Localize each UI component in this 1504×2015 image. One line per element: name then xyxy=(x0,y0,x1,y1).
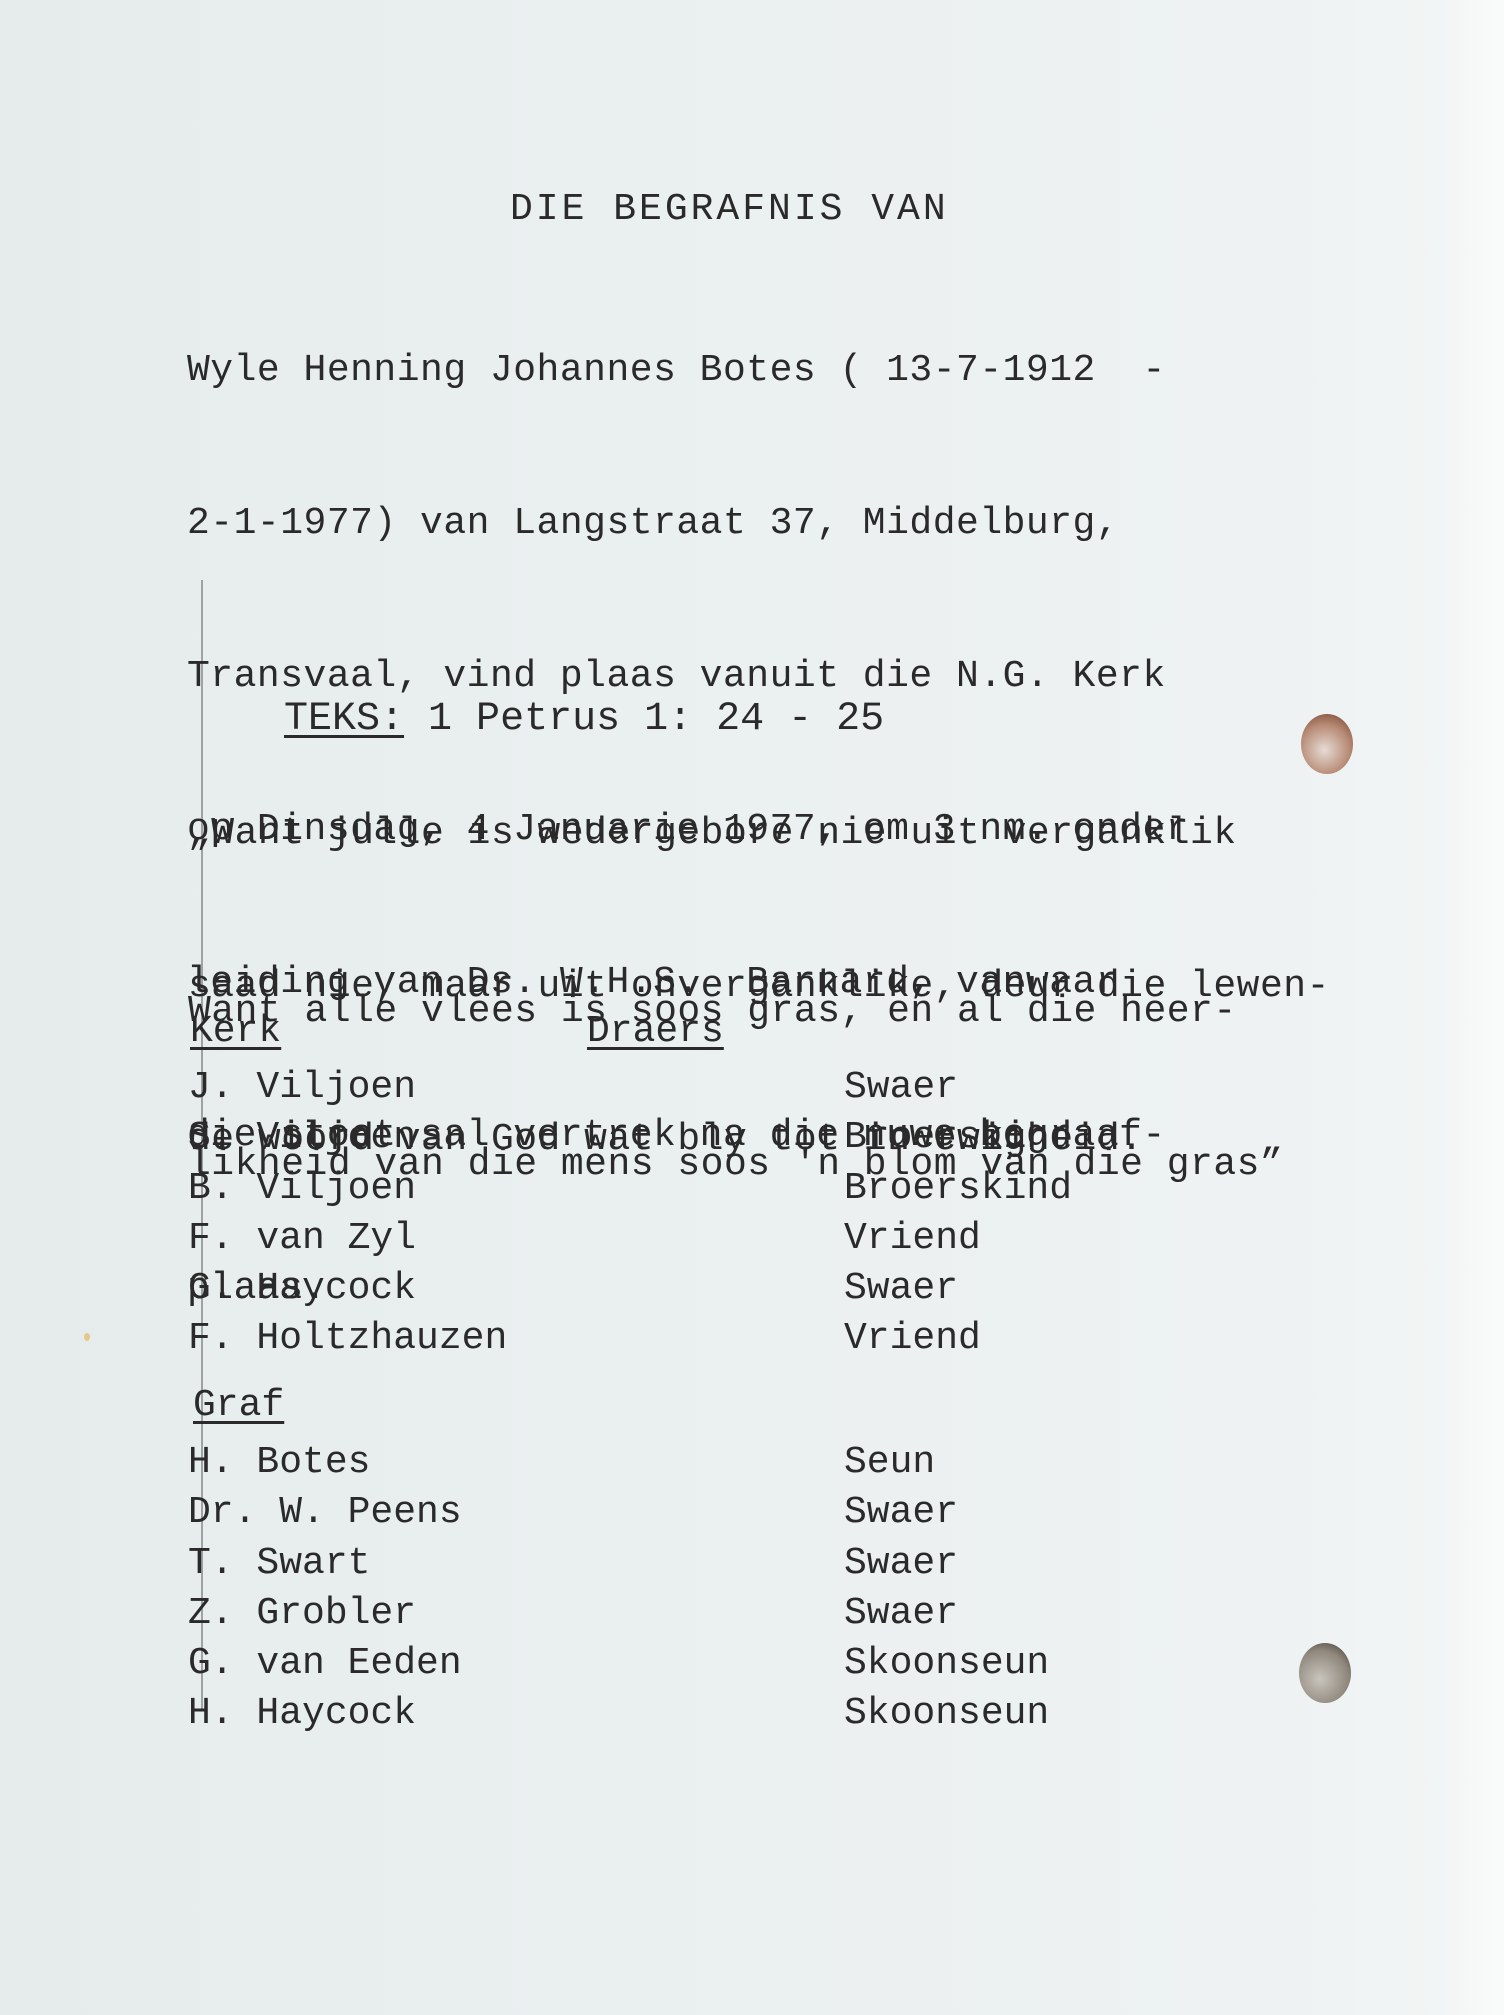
bearer-row: F. HoltzhauzenVriend xyxy=(188,1314,1188,1364)
bearer-name: J. Viljoen xyxy=(188,1063,416,1113)
bearer-relation: Swaer xyxy=(844,1488,958,1538)
bearer-row: F. van ZylVriend xyxy=(188,1214,1188,1264)
heading-draers: Draers xyxy=(587,1010,724,1053)
bearer-row: B. ViljoenBroerskind xyxy=(188,1164,1188,1214)
bearer-relation: Broerskind xyxy=(844,1113,1072,1163)
punch-hole-upper xyxy=(1301,714,1353,774)
bearer-name: T. Swart xyxy=(188,1539,370,1589)
intro-line: 2-1-1977) van Langstraat 37, Middelburg, xyxy=(187,498,1189,549)
bearer-name: S. Viljoen xyxy=(188,1113,416,1163)
bearer-relation: Seun xyxy=(844,1438,935,1488)
bearer-relation: Swaer xyxy=(844,1539,958,1589)
quote-line: „Want julle is wedergebore nie uit verga… xyxy=(188,808,1330,859)
bearer-name: B. Viljoen xyxy=(188,1164,416,1214)
bearer-row: S. ViljoenBroerskind xyxy=(188,1113,1188,1163)
bearer-row: Z. GroblerSwaer xyxy=(188,1589,1188,1639)
bearer-name: G. Haycock xyxy=(188,1264,416,1314)
bearer-row: J. ViljoenSwaer xyxy=(188,1063,1188,1113)
punch-hole-lower xyxy=(1299,1643,1351,1703)
bearer-row: Dr. W. PeensSwaer xyxy=(188,1488,1188,1538)
typed-document-page: DIE BEGRAFNIS VAN Wyle Henning Johannes … xyxy=(0,0,1504,2015)
bearer-relation: Vriend xyxy=(844,1314,981,1364)
bearer-relation: Swaer xyxy=(844,1264,958,1314)
bearer-name: F. van Zyl xyxy=(188,1214,416,1264)
bearer-relation: Skoonseun xyxy=(844,1689,1049,1739)
bearer-row: H. HaycockSkoonseun xyxy=(188,1689,1188,1739)
quote-line: Want alle vlees is soos gras, en al die … xyxy=(188,986,1283,1037)
bearer-name: Z. Grobler xyxy=(188,1589,416,1639)
bearer-name: F. Holtzhauzen xyxy=(188,1314,507,1364)
bearer-row: G. van EedenSkoonseun xyxy=(188,1639,1188,1689)
bearer-relation: Skoonseun xyxy=(844,1639,1049,1689)
bearer-name: H. Botes xyxy=(188,1438,370,1488)
graf-bearers-list: H. BotesSeun Dr. W. PeensSwaer T. SwartS… xyxy=(188,1438,1188,1740)
bearer-relation: Broerskind xyxy=(844,1164,1072,1214)
paper-stain xyxy=(84,1333,90,1341)
bearer-name: Dr. W. Peens xyxy=(188,1488,462,1538)
kerk-bearers-list: J. ViljoenSwaer S. ViljoenBroerskind B. … xyxy=(188,1063,1188,1365)
document-title: DIE BEGRAFNIS VAN xyxy=(510,188,949,231)
bearer-name: H. Haycock xyxy=(188,1689,416,1739)
bearer-row: G. HaycockSwaer xyxy=(188,1264,1188,1314)
bearer-row: H. BotesSeun xyxy=(188,1438,1188,1488)
bearer-relation: Swaer xyxy=(844,1589,958,1639)
bearer-relation: Swaer xyxy=(844,1063,958,1113)
intro-line: Wyle Henning Johannes Botes ( 13-7-1912 … xyxy=(187,345,1189,396)
heading-kerk: Kerk xyxy=(190,1010,281,1053)
bearer-row: T. SwartSwaer xyxy=(188,1539,1188,1589)
heading-graf: Graf xyxy=(193,1384,284,1427)
bearer-relation: Vriend xyxy=(844,1214,981,1264)
bearer-name: G. van Eeden xyxy=(188,1639,462,1689)
